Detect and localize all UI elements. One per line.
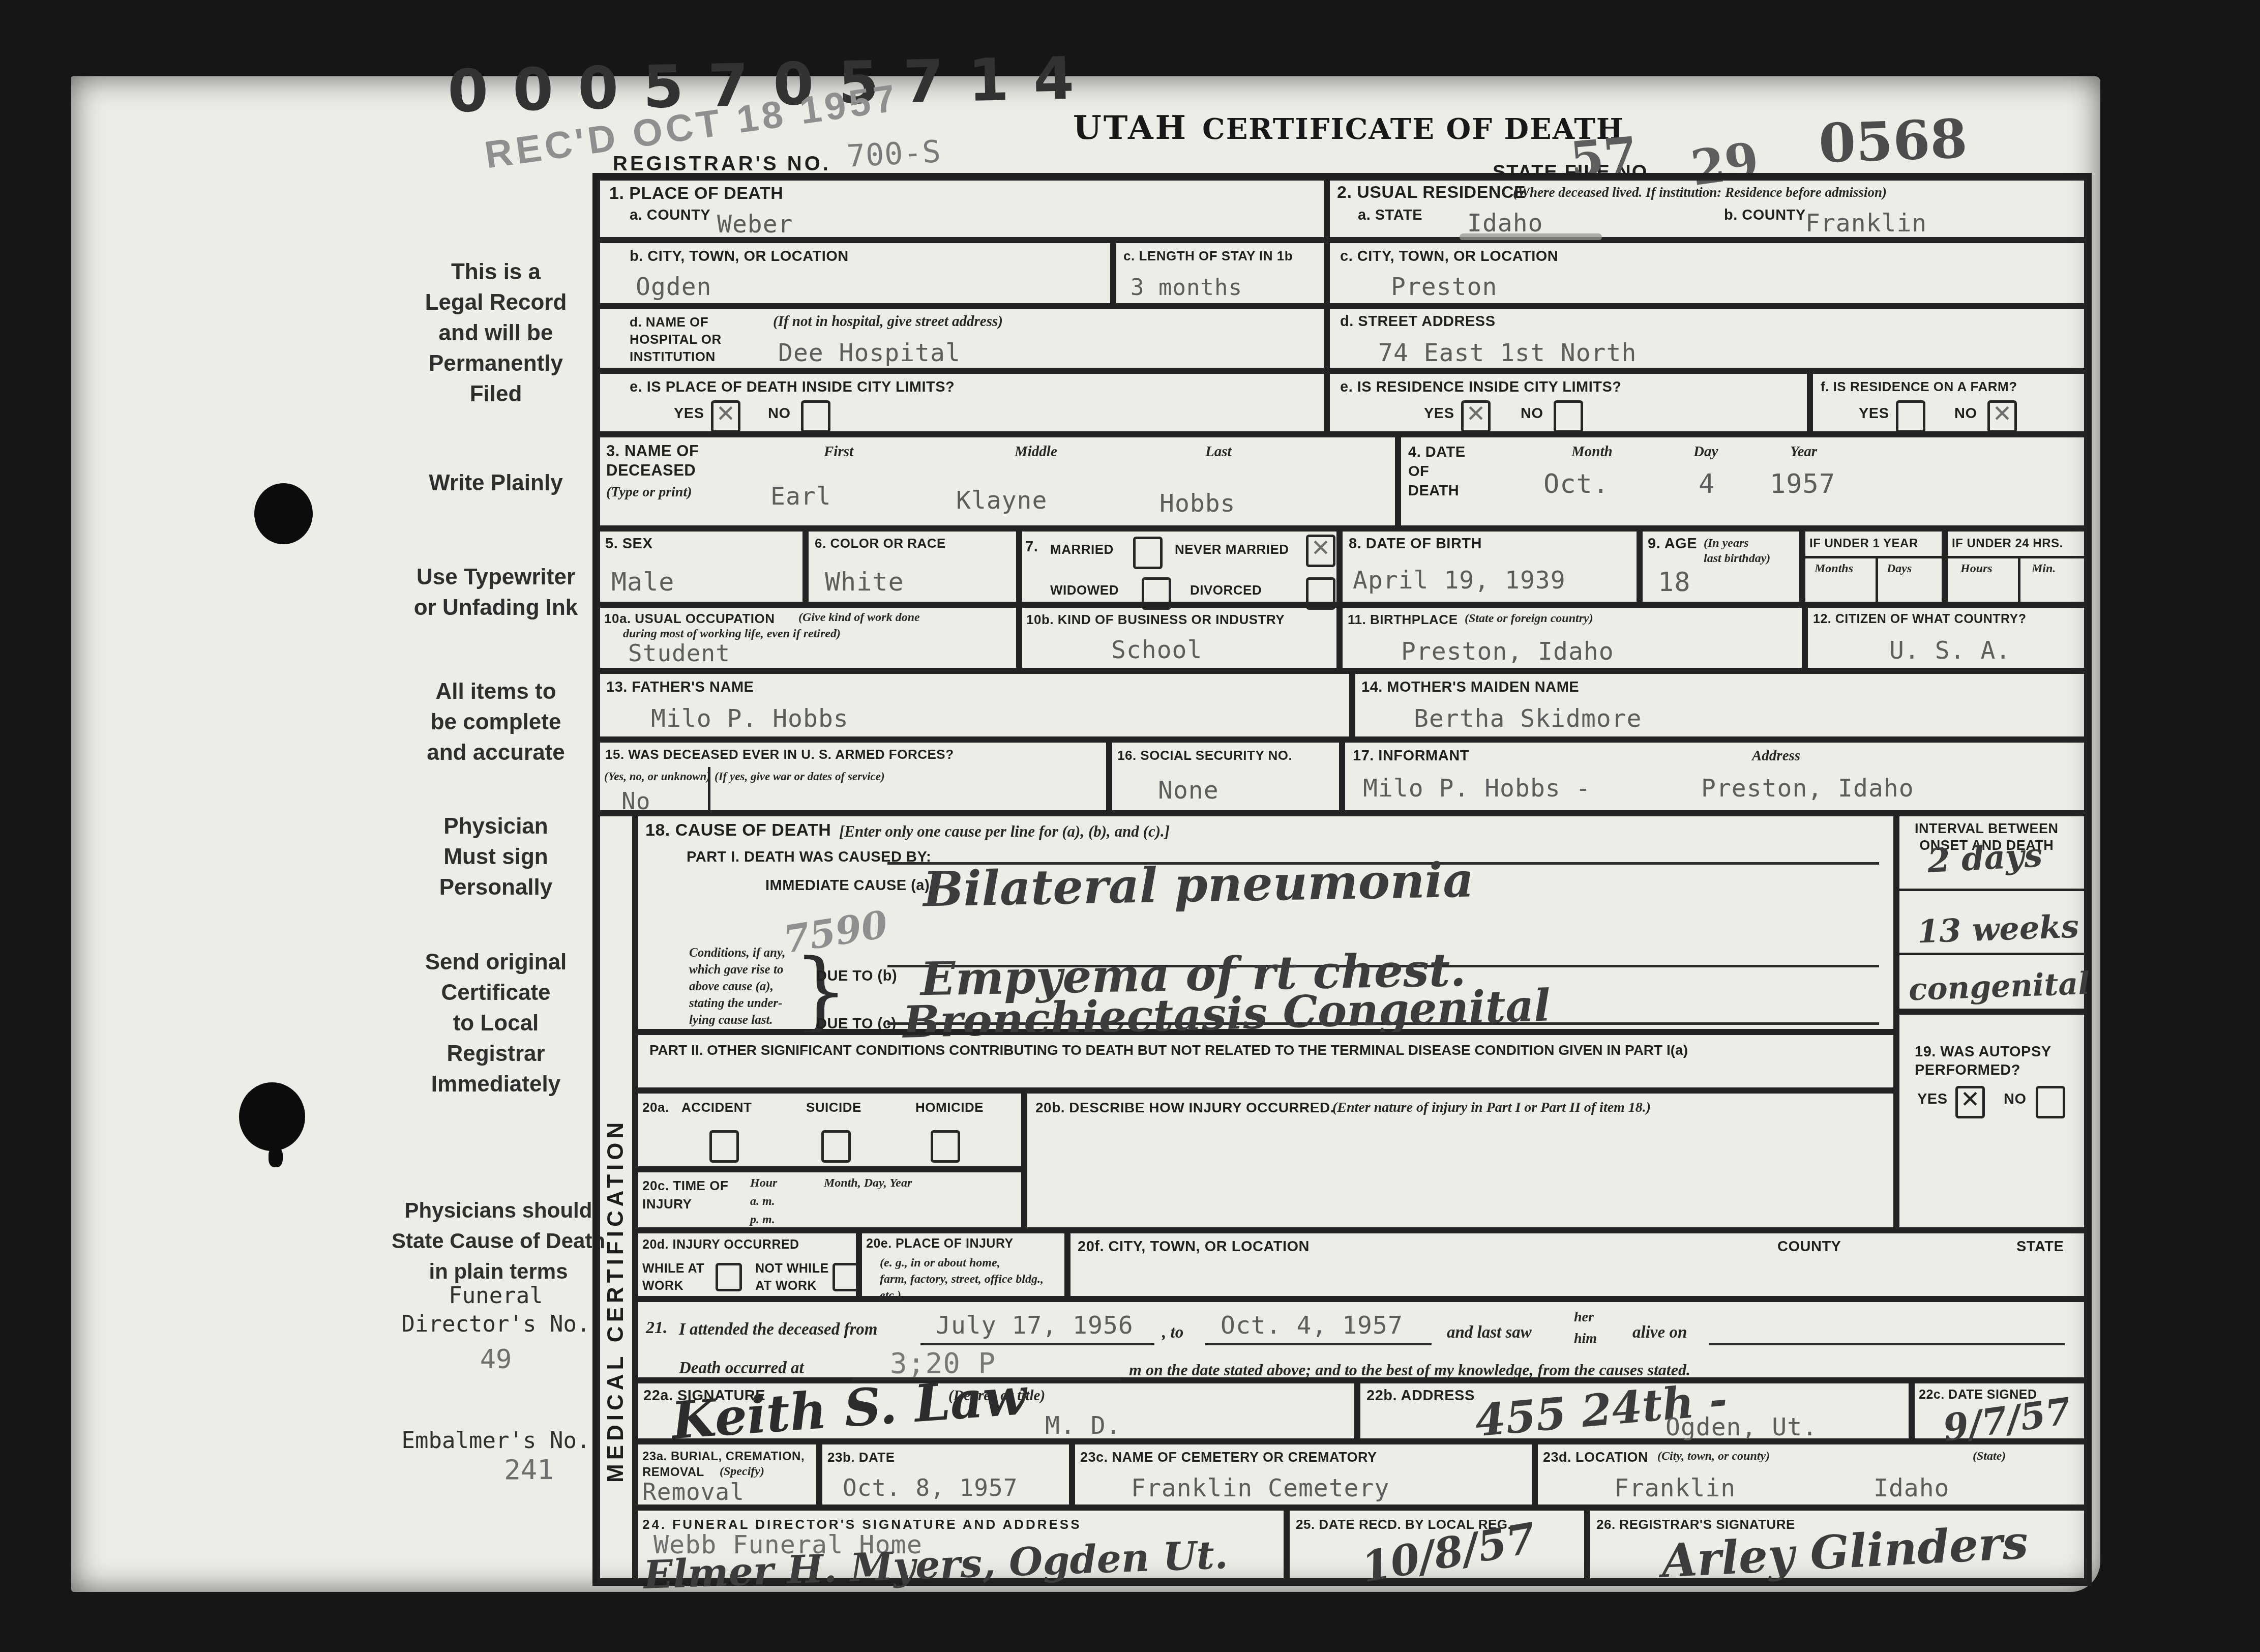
divider — [1899, 889, 2084, 891]
field-4-month-value: Oct. — [1543, 469, 1609, 499]
field-22b-address: 22b. ADDRESS 455 24th - Ogden, Ut. — [1357, 1380, 1912, 1441]
margin-note-legal-record: This is a Legal Record and will be Perma… — [389, 257, 603, 409]
field-20b-describe-injury: 20b. DESCRIBE HOW INJURY OCCURRED. (Ente… — [1024, 1090, 1896, 1230]
field-23b-label: 23b. DATE — [827, 1450, 895, 1465]
degree-value: M. D. — [1045, 1411, 1121, 1440]
field-20a-accident: 20a. ACCIDENT SUICIDE HOMICIDE — [635, 1090, 1024, 1169]
field-2e-city-limits: e. IS RESIDENCE INSIDE CITY LIMITS? YES … — [1327, 371, 1810, 434]
field-1d-note: (If not in hospital, give street address… — [773, 313, 1003, 330]
field-15-armed-forces: 15. WAS DECEASED EVER IN U. S. ARMED FOR… — [597, 740, 1109, 813]
field-12-label: 12. CITIZEN OF WHAT COUNTRY? — [1813, 612, 2027, 627]
field-7-label: 7. — [1025, 539, 1038, 555]
field-13-value: Milo P. Hobbs — [651, 704, 849, 733]
him-label: him — [1574, 1331, 1597, 1347]
field-1a-county: 1. PLACE OF DEATH a. COUNTY Weber — [597, 178, 1327, 240]
field-20e-note: (e. g., in or about home, farm, factory,… — [880, 1255, 1064, 1304]
field-15-note1: (Yes, no, or unknown) — [604, 770, 710, 783]
conditions-note: Conditions, if any, which gave rise to a… — [689, 945, 785, 1028]
field-1d-value: Dee Hospital — [778, 339, 961, 367]
field-1b-label: b. CITY, TOWN, OR LOCATION — [630, 248, 849, 265]
under-1-year-months-label: Months — [1815, 562, 1853, 576]
to-line — [1205, 1343, 1432, 1345]
address-typed: Ogden, Ut. — [1666, 1413, 1818, 1441]
funeral-director-no-value: 49 — [389, 1345, 603, 1374]
checkbox-accident — [709, 1130, 739, 1163]
attended-text-6: m on the date stated above; and to the b… — [1129, 1361, 1690, 1379]
accident-label: ACCIDENT — [681, 1100, 752, 1115]
field-3-header-last: Last — [1205, 444, 1232, 460]
field-17-label: 17. INFORMANT — [1353, 748, 1469, 764]
field-18-note: [Enter only one cause per line for (a), … — [839, 822, 1170, 841]
field-17-value: Milo P. Hobbs - — [1363, 774, 1591, 803]
checkbox-suicide — [821, 1130, 851, 1163]
field-8-date-of-birth: 8. DATE OF BIRTH April 19, 1939 — [1340, 528, 1640, 605]
checkbox-19-yes — [1955, 1086, 1985, 1118]
pm-label: p. m. — [750, 1213, 775, 1227]
under-24-hrs-label: IF UNDER 24 HRS. — [1952, 537, 2063, 551]
field-7-marital-status: 7. MARRIED NEVER MARRIED WIDOWED DIVORCE… — [1019, 528, 1340, 605]
field-6-value: White — [825, 567, 904, 597]
field-1e-no-label: NO — [768, 405, 791, 422]
field-1c-value: 3 months — [1131, 275, 1242, 301]
field-17-address-value: Preston, Idaho — [1701, 774, 1914, 803]
state-file-part-3: 0568 — [1817, 107, 1968, 175]
field-14-value: Bertha Skidmore — [1414, 704, 1642, 733]
attended-from-value: July 17, 1956 — [936, 1311, 1134, 1340]
field-1b-value: Ogden — [636, 273, 712, 301]
field-2f-yes-label: YES — [1859, 405, 1889, 422]
field-23d-state-note: (State) — [1973, 1450, 2006, 1463]
attended-text-2: , to — [1162, 1323, 1183, 1342]
field-10b-industry: 10b. KIND OF BUSINESS OR INDUSTRY School — [1019, 605, 1340, 671]
immediate-cause-label: IMMEDIATE CAUSE (a) — [765, 877, 930, 894]
field-7-widowed-label: WIDOWED — [1050, 582, 1119, 598]
field-3-header-middle: Middle — [1015, 444, 1057, 460]
field-11-note: (State or foreign country) — [1465, 612, 1593, 626]
certificate-title: UTAHCERTIFICATE OF DEATH — [1073, 109, 1624, 147]
attended-text-1: I attended the deceased from — [679, 1320, 877, 1339]
field-8-label: 8. DATE OF BIRTH — [1349, 536, 1482, 552]
field-20d-injury-occurred: 20d. INJURY OCCURRED WHILE AT WORK NOT W… — [635, 1230, 859, 1299]
punch-hole-bottom — [239, 1082, 305, 1151]
field-7-never-married-label: NEVER MARRIED — [1175, 542, 1289, 557]
field-10a-value: Student — [628, 639, 730, 667]
field-2f-no-label: NO — [1954, 405, 1977, 422]
field-2a-label: a. STATE — [1358, 207, 1422, 224]
checkbox-7-never-married — [1306, 535, 1335, 567]
checkbox-2f-no — [1987, 400, 2017, 433]
field-23d-label: 23d. LOCATION — [1543, 1450, 1648, 1465]
field-20e-place-of-injury: 20e. PLACE OF INJURY (e. g., in or about… — [859, 1230, 1067, 1299]
medical-certification-label: MEDICAL CERTIFICATION — [603, 847, 629, 1483]
field-16-ssn: 16. SOCIAL SECURITY NO. None — [1109, 740, 1342, 813]
field-5-value: Male — [611, 567, 674, 597]
checkbox-not-while-at-work — [832, 1263, 859, 1291]
field-5-label: 5. SEX — [605, 536, 652, 552]
checkbox-1e-no — [801, 400, 830, 433]
punch-hole-top — [254, 483, 313, 544]
certificate-form: 1. PLACE OF DEATH a. COUNTY Weber b. CIT… — [592, 173, 2092, 1586]
field-16-value: None — [1158, 776, 1219, 805]
field-16-label: 16. SOCIAL SECURITY NO. — [1117, 748, 1292, 763]
field-3-label: 3. NAME OF DECEASED — [606, 441, 699, 480]
field-3-name-of-deceased: 3. NAME OF DECEASED (Type or print) Firs… — [597, 434, 1398, 528]
checkbox-while-at-work — [716, 1263, 742, 1291]
field-1d-hospital: d. NAME OF HOSPITAL OR INSTITUTION (If n… — [597, 306, 1327, 371]
field-2f-label: f. IS RESIDENCE ON A FARM? — [1821, 379, 2017, 395]
field-14-label: 14. MOTHER'S MAIDEN NAME — [1361, 679, 1579, 696]
field-1c-length-of-stay: c. LENGTH OF STAY IN 1b 3 months — [1113, 240, 1327, 306]
field-20c-time-of-injury: 20c. TIME OF INJURY Hour a. m. p. m. Mon… — [635, 1169, 1024, 1230]
divider — [1876, 556, 1878, 602]
month-day-year-label: Month, Day, Year — [824, 1176, 912, 1190]
interval-b-value: 13 weeks — [1917, 907, 2079, 950]
field-7-married-label: MARRIED — [1050, 542, 1114, 557]
section-2-note: (Where deceased lived. If institution: R… — [1513, 185, 1887, 200]
attended-text-3: and last saw — [1447, 1323, 1532, 1342]
field-4-header-day: Day — [1693, 444, 1718, 460]
punch-hole-bottom-tail — [269, 1147, 283, 1167]
title-rest: CERTIFICATE OF DEATH — [1202, 112, 1624, 146]
field-20c-label: 20c. TIME OF INJURY — [642, 1176, 728, 1213]
field-10a-label: 10a. USUAL OCCUPATION — [604, 611, 775, 627]
field-9-under-1-year: IF UNDER 1 YEAR Months Days — [1802, 528, 1945, 605]
field-4-year-value: 1957 — [1770, 469, 1835, 499]
field-1e-yes-label: YES — [674, 405, 704, 422]
field-23b-date: 23b. DATE Oct. 8, 1957 — [819, 1441, 1072, 1508]
checkbox-homicide — [931, 1130, 960, 1163]
field-22a-signature: 22a. SIGNATURE (Degree or title) Keith S… — [635, 1380, 1357, 1441]
her-label: her — [1574, 1309, 1594, 1325]
field-1d-label: d. NAME OF HOSPITAL OR INSTITUTION — [630, 313, 722, 365]
field-23d-location: 23d. LOCATION (City, town, or county) (S… — [1535, 1441, 2087, 1508]
field-2b-label: b. COUNTY — [1724, 207, 1806, 224]
field-3-last-value: Hobbs — [1159, 489, 1236, 518]
field-1a-label: a. COUNTY — [630, 207, 710, 224]
death-occurred-label: Death occurred at — [679, 1359, 804, 1378]
checkbox-2e-no — [1554, 400, 1583, 433]
from-line — [920, 1343, 1154, 1345]
medical-certification-strip: MEDICAL CERTIFICATION — [597, 813, 635, 1581]
cause-a-value: Bilateral pneumonia — [923, 852, 1474, 918]
field-23c-value: Franklin Cemetery — [1131, 1474, 1389, 1502]
field-11-label: 11. BIRTHPLACE — [1348, 612, 1458, 628]
field-23a-note: (Specify) — [720, 1465, 764, 1479]
interval-a-value: 2 days — [1926, 836, 2043, 880]
under-24-hrs-min-label: Min. — [2032, 562, 2056, 576]
checkbox-7-married — [1133, 537, 1163, 569]
field-20e-label: 20e. PLACE OF INJURY — [866, 1236, 1014, 1251]
margin-note-typewriter: Use Typewriter or Unfading Ink — [389, 562, 603, 623]
field-23d-state-value: Idaho — [1874, 1474, 1950, 1502]
field-22b-label: 22b. ADDRESS — [1366, 1388, 1475, 1404]
while-at-work-label: WHILE AT WORK — [642, 1260, 704, 1294]
due-to-c-label: DUE TO (c) — [816, 1016, 897, 1032]
field-11-birthplace: 11. BIRTHPLACE (State or foreign country… — [1340, 605, 1805, 671]
field-4-header-month: Month — [1571, 444, 1613, 460]
field-9-note: (In years last birthday) — [1704, 536, 1770, 566]
field-1b-city: b. CITY, TOWN, OR LOCATION Ogden — [597, 240, 1113, 306]
field-19-label: 19. WAS AUTOPSY PERFORMED? — [1915, 1043, 2051, 1079]
checkbox-2f-yes — [1896, 400, 1925, 433]
state-file-number: 57 29 0568 — [1569, 109, 1967, 172]
field-10b-label: 10b. KIND OF BUSINESS OR INDUSTRY — [1026, 612, 1285, 628]
field-18-label: 18. CAUSE OF DEATH — [645, 820, 831, 840]
field-2e-no-label: NO — [1521, 405, 1543, 422]
field-20f-injury-location: 20f. CITY, TOWN, OR LOCATION COUNTY STAT… — [1067, 1230, 2087, 1299]
divider — [1899, 953, 2084, 955]
field-6-label: 6. COLOR OR RACE — [815, 536, 946, 551]
field-12-citizen: 12. CITIZEN OF WHAT COUNTRY? U. S. A. — [1805, 605, 2087, 671]
field-21-attended-statement: 21. I attended the deceased from July 17… — [635, 1299, 2087, 1380]
field-20f-label: 20f. CITY, TOWN, OR LOCATION — [1078, 1238, 1310, 1255]
ink-smudge — [1460, 233, 1602, 241]
field-2d-label: d. STREET ADDRESS — [1340, 313, 1496, 330]
divider — [708, 767, 710, 813]
field-2f-farm: f. IS RESIDENCE ON A FARM? YES NO — [1810, 371, 2087, 434]
divider — [1948, 556, 2084, 558]
field-23c-label: 23c. NAME OF CEMETERY OR CREMATORY — [1080, 1450, 1377, 1465]
field-23d-note: (City, town, or county) — [1657, 1450, 1770, 1463]
field-23a-value: Removal — [642, 1478, 745, 1506]
field-2b-value: Franklin — [1805, 209, 1927, 238]
section-1-title: 1. PLACE OF DEATH — [609, 184, 783, 203]
margin-note-write-plainly: Write Plainly — [389, 468, 603, 498]
field-3-first-value: Earl — [770, 482, 831, 511]
field-13-father-name: 13. FATHER'S NAME Milo P. Hobbs — [597, 671, 1352, 740]
am-label: a. m. — [750, 1195, 775, 1208]
field-19-autopsy: 19. WAS AUTOPSY PERFORMED? YES NO — [1896, 1012, 2087, 1230]
county-header: COUNTY — [1777, 1238, 1841, 1255]
not-while-at-work-label: NOT WHILE AT WORK — [755, 1260, 829, 1294]
field-15-label: 15. WAS DECEASED EVER IN U. S. ARMED FOR… — [605, 747, 954, 762]
checkbox-1e-yes — [711, 400, 740, 433]
field-9-age: 9. AGE (In years last birthday) 18 — [1640, 528, 1802, 605]
field-23d-city-value: Franklin — [1614, 1474, 1736, 1502]
field-12-value: U. S. A. — [1889, 636, 2011, 665]
field-19-no-label: NO — [2004, 1091, 2027, 1108]
field-20b-label: 20b. DESCRIBE HOW INJURY OCCURRED. — [1035, 1100, 1334, 1116]
field-21-number: 21. — [646, 1318, 668, 1338]
field-4-header-year: Year — [1790, 444, 1817, 460]
field-25-date-received: 25. DATE RECD. BY LOCAL REG. 10/8/57 — [1287, 1508, 1587, 1581]
title-state: UTAH — [1073, 109, 1188, 147]
field-9-under-24-hrs: IF UNDER 24 HRS. Hours Min. — [1945, 528, 2087, 605]
funeral-director-no-label: Funeral Director's No. — [389, 1282, 603, 1339]
field-1e-city-limits: e. IS PLACE OF DEATH INSIDE CITY LIMITS?… — [597, 371, 1327, 434]
field-7-divorced-label: DIVORCED — [1190, 582, 1262, 598]
field-1a-value: Weber — [717, 210, 793, 239]
field-1e-label: e. IS PLACE OF DEATH INSIDE CITY LIMITS? — [630, 379, 955, 396]
field-15-value: No — [621, 787, 650, 815]
attended-text-4: alive on — [1632, 1323, 1687, 1342]
field-17-address-label: Address — [1752, 748, 1800, 764]
field-20a-label: 20a. — [642, 1100, 669, 1115]
scanned-death-certificate: 0005705714 REC'D OCT 18 1957 REGISTRAR'S… — [0, 0, 2260, 1652]
under-1-year-label: IF UNDER 1 YEAR — [1809, 537, 1918, 551]
field-13-label: 13. FATHER'S NAME — [606, 679, 754, 696]
field-10b-value: School — [1111, 636, 1202, 664]
interval-c-value: congenital — [1908, 966, 2090, 1008]
field-23a-burial: 23a. BURIAL, CREMATION, REMOVAL (Specify… — [635, 1441, 819, 1508]
due-to-b-label: DUE TO (b) — [816, 968, 897, 985]
margin-note-physician-sign: Physician Must sign Personally — [389, 811, 603, 903]
section-2-title: 2. USUAL RESIDENCE — [1337, 183, 1526, 202]
state-header: STATE — [2016, 1238, 2064, 1255]
field-4-label: 4. DATE OF DEATH — [1408, 442, 1466, 500]
field-19-yes-label: YES — [1917, 1091, 1948, 1108]
homicide-label: HOMICIDE — [915, 1100, 984, 1115]
field-26-registrar-signature: 26. REGISTRAR'S SIGNATURE Arley Glinders — [1587, 1508, 2087, 1581]
field-10a-occupation: 10a. USUAL OCCUPATION (Give kind of work… — [597, 605, 1019, 671]
field-3-middle-value: Klayne — [956, 486, 1047, 515]
field-18-cause-of-death: 18. CAUSE OF DEATH [Enter only one cause… — [635, 813, 1896, 1032]
field-3-note: (Type or print) — [606, 484, 692, 500]
field-1c-label: c. LENGTH OF STAY IN 1b — [1123, 248, 1293, 264]
field-18-interval: INTERVAL BETWEEN ONSET AND DEATH 2 days … — [1896, 813, 2087, 1012]
registrar-no-label: REGISTRAR'S NO. — [613, 153, 831, 175]
field-2ab-state-county: 2. USUAL RESIDENCE (Where deceased lived… — [1327, 178, 2087, 240]
field-2c-label: c. CITY, TOWN, OR LOCATION — [1340, 248, 1558, 265]
margin-note-send-original: Send original Certificate to Local Regis… — [389, 947, 603, 1100]
alive-on-line — [1709, 1343, 2065, 1345]
field-20b-note: (Enter nature of injury in Part I or Par… — [1332, 1100, 1651, 1116]
field-10a-note1: (Give kind of work done — [798, 611, 920, 625]
field-24-funeral-director: 24. FUNERAL DIRECTOR'S SIGNATURE AND ADD… — [635, 1508, 1287, 1581]
field-14-mother-maiden-name: 14. MOTHER'S MAIDEN NAME Bertha Skidmore — [1352, 671, 2087, 740]
hour-label: Hour — [750, 1176, 777, 1190]
field-11-value: Preston, Idaho — [1401, 637, 1614, 666]
margin-note-complete: All items to be complete and accurate — [389, 676, 603, 768]
field-17-informant: 17. INFORMANT Address Milo P. Hobbs - Pr… — [1342, 740, 2087, 813]
field-9-value: 18 — [1658, 567, 1691, 598]
registrar-no-value: 700-S — [846, 134, 942, 174]
field-9-label: 9. AGE — [1648, 536, 1697, 552]
suicide-label: SUICIDE — [806, 1100, 861, 1115]
divider — [2018, 556, 2020, 602]
field-6-color-race: 6. COLOR OR RACE White — [806, 528, 1019, 605]
field-3-header-first: First — [824, 444, 853, 460]
field-4-day-value: 4 — [1699, 469, 1715, 499]
field-20d-label: 20d. INJURY OCCURRED — [642, 1237, 799, 1252]
field-2d-value: 74 East 1st North — [1378, 339, 1637, 367]
field-2c-value: Preston — [1391, 273, 1497, 301]
field-2e-yes-label: YES — [1424, 405, 1454, 422]
divider — [1805, 556, 1942, 558]
field-2c-city: c. CITY, TOWN, OR LOCATION Preston — [1327, 240, 2087, 306]
attended-to-value: Oct. 4, 1957 — [1221, 1311, 1403, 1340]
field-15-note2: (If yes, give war or dates of service) — [715, 770, 885, 783]
field-5-sex: 5. SEX Male — [597, 528, 806, 605]
under-24-hrs-hours-label: Hours — [1960, 562, 1993, 576]
field-10a-note2: during most of working life, even if ret… — [623, 627, 841, 641]
checkbox-19-no — [2036, 1086, 2065, 1118]
part2-text: PART II. OTHER SIGNIFICANT CONDITIONS CO… — [649, 1042, 1688, 1058]
field-2d-street-address: d. STREET ADDRESS 74 East 1st North — [1327, 306, 2087, 371]
field-23c-cemetery: 23c. NAME OF CEMETERY OR CREMATORY Frank… — [1072, 1441, 1535, 1508]
field-22c-date-signed: 22c. DATE SIGNED 9/7/57 — [1912, 1380, 2087, 1441]
field-23b-value: Oct. 8, 1957 — [843, 1474, 1018, 1501]
field-4-date-of-death: 4. DATE OF DEATH Month Day Year Oct. 4 1… — [1398, 434, 2087, 528]
checkbox-2e-yes — [1461, 400, 1491, 433]
field-8-value: April 19, 1939 — [1353, 566, 1566, 595]
embalmer-no-label: Embalmer's No. — [389, 1427, 603, 1455]
field-part2: PART II. OTHER SIGNIFICANT CONDITIONS CO… — [635, 1032, 1896, 1090]
field-2e-label: e. IS RESIDENCE INSIDE CITY LIMITS? — [1340, 379, 1622, 396]
under-1-year-days-label: Days — [1887, 562, 1912, 576]
